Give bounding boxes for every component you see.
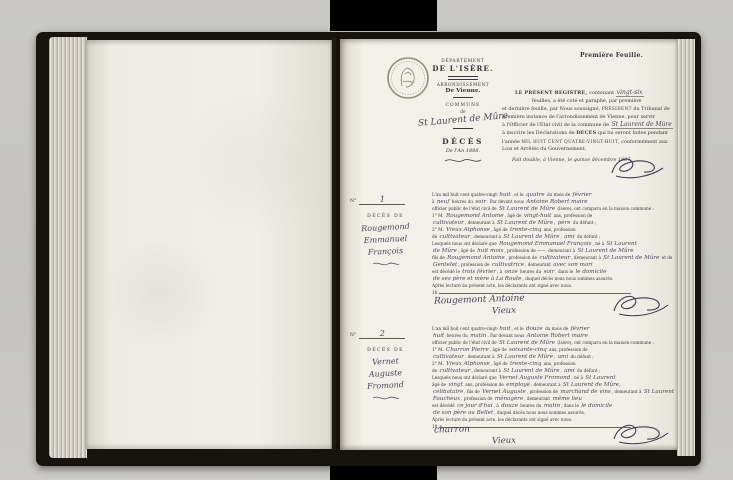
printed-form-text: LE PRÉSENT REGISTRE, (515, 90, 589, 96)
record-number-line: N°2 (342, 329, 429, 339)
form-line: 1° M. Charron Pierre, âgé de soixante-ci… (432, 346, 675, 353)
printed-form-text: du mois de (544, 326, 570, 331)
left-blank-page (86, 40, 332, 449)
printed-form-text: feuilles, a été coté et paraphé, par pre… (532, 98, 642, 104)
form-line: est décédé ce jour d'hui, à douze heures… (432, 402, 675, 409)
record-body: L'an mil huit cent quatre-vingt-huit, et… (432, 191, 675, 296)
form-line: Gentelet, profession de cultivatrice, de… (432, 261, 675, 268)
record-margin: N°1 DÉCÈS DE Rougemond Emmanuel François (342, 189, 429, 267)
printed-form-text: ans, profession de (548, 347, 588, 352)
printed-form-text: heures du (519, 269, 543, 274)
form-line: 1° M. Rougemond Antoine, âgé de vingt-hu… (432, 212, 675, 219)
printed-form-text: ans, profession de (552, 213, 592, 218)
printed-form-text: , demeurant à (465, 220, 496, 225)
scan-clamp-top (330, 0, 437, 31)
printed-form-text: , né à (571, 375, 584, 380)
printed-form-text: MIL HUIT CENT QUATRE-VINGT-HUIT (521, 139, 618, 144)
printed-form-text: du défunt ; (569, 354, 594, 359)
printed-form-text: heures du (519, 403, 543, 408)
printed-form-text: , demeurant (525, 262, 552, 267)
printed-form-text: officier public de l'état civil de (432, 206, 498, 211)
printed-form-text: et de (660, 255, 673, 260)
form-line: 2° M. Vieux Alphonse, âgé de trente-cinq… (432, 226, 675, 233)
printed-form-text: , demeurant à (465, 354, 496, 359)
header-column: DÉPARTEMENT DE L'ISÈRE. ARRONDISSEMENT D… (416, 58, 510, 164)
deces-de-label: DÉCÈS DE (342, 214, 429, 219)
printed-form-text: 1° M. (432, 347, 445, 352)
form-line: officier public de l'état civil de St La… (432, 339, 675, 346)
record-number-value: 2 (359, 329, 405, 339)
register-type: DÉCÈS (416, 137, 510, 146)
printed-form-text: (Isère), ont comparu en la maison commun… (556, 340, 654, 345)
printed-form-text: première instance de l'arrondissement de… (502, 114, 655, 120)
printed-form-text: , demeurant à (471, 368, 502, 373)
printed-form-text: du Tribunal de (632, 106, 670, 112)
flourish-rule-icon (443, 157, 483, 164)
printed-form-text: , demeurant à (612, 389, 643, 394)
printed-form-text: , demeurant à (471, 234, 502, 239)
printed-form-text: , profession de (527, 389, 560, 394)
printed-form-text: , dans le (561, 403, 580, 408)
printed-form-text: , âgé de (505, 213, 523, 218)
printed-form-text: de (432, 368, 439, 373)
preamble-line: et dernière feuille, par Nous soussigné,… (502, 105, 674, 114)
printed-form-text: contenant (589, 90, 615, 96)
preamble-line: à l'Officier de l'État civil de la commu… (502, 121, 674, 130)
form-line: célibataire, fils de Vernet Auguste, pro… (432, 388, 675, 395)
printed-form-text: Après lecture du présent acte, les décla… (432, 417, 572, 422)
printed-form-text: est décédé (432, 403, 456, 408)
form-line: huit heures du matin. Par devant nous An… (432, 332, 675, 339)
mayor-signature-flourish (609, 419, 671, 447)
departement-label: DÉPARTEMENT (416, 58, 510, 63)
arrondissement-name: De Vienne. (416, 88, 510, 94)
preamble-line: feuilles, a été coté et paraphé, par pre… (502, 98, 674, 106)
death-record-2: N°2 DÉCÈS DE Vernet Auguste Fromond L'an… (342, 323, 676, 449)
form-line: Lesquels nous ont déclaré que Rougemond … (432, 240, 675, 247)
page-edges-right (677, 39, 695, 456)
printed-form-text: . Par devant nous (487, 199, 525, 204)
page-edges-left (49, 37, 87, 458)
printed-form-text: l'année (502, 139, 521, 145)
preamble-line: LE PRÉSENT REGISTRE, contenant vingt-six (502, 89, 674, 98)
form-line: fils de Rougemond Antoine, profession de… (432, 254, 675, 261)
printed-form-text: , dans le (555, 269, 574, 274)
printed-form-text: Lesquels nous ont déclaré que (432, 375, 498, 380)
printed-form-text: 2° M. (432, 361, 445, 366)
handwritten-entry: St Laurent (643, 389, 675, 395)
form-line: de cultivateur, demeurant à St Laurent d… (432, 367, 675, 374)
flourish-rule-icon (371, 395, 401, 401)
declarant-signature: Rougemont Antoine (434, 293, 525, 306)
printed-form-text: , profession de ——, demeurant à (504, 248, 576, 253)
declarant-signature: Vieux (492, 436, 516, 447)
form-line: Lesquels nous ont déclaré que Vernet Aug… (432, 374, 675, 381)
declarant-signature: charron (434, 424, 470, 435)
form-line: de Mûre, âgé de huit mois, profession de… (432, 247, 675, 254)
form-line: L'an mil huit cent quatre-vingt-huit, et… (432, 325, 675, 332)
printed-form-text: Après lecture du présent acte, les décla… (432, 283, 572, 288)
handwritten-entry: le domicile (580, 403, 613, 409)
record-number-value: 1 (359, 195, 405, 205)
handwritten-entry: Eliza (674, 255, 675, 261)
form-line: L'an mil huit cent quatre-vingt-huit, et… (432, 191, 675, 198)
printed-form-text: de (432, 234, 439, 239)
sheet-label: Première Feuille. (580, 52, 670, 59)
printed-form-text: du défunt ; (576, 234, 601, 239)
register-book: Première Feuille. DÉPARTEMENT DE L'ISÈRE… (36, 32, 701, 466)
printed-form-text: , demeurant à (531, 382, 562, 387)
header-divider (453, 97, 473, 98)
printed-form-text: qui lui seront faites pendant (596, 130, 668, 136)
form-line: cultivateur, demeurant à St Laurent de M… (432, 219, 675, 226)
header-divider (448, 76, 478, 80)
register-year: De l'An 1888. (416, 148, 510, 154)
flourish-rule-icon (371, 261, 401, 267)
form-line: est décédé le trois février, à onze heur… (432, 268, 675, 275)
printed-form-text: fils de (432, 255, 446, 260)
printed-form-text: Lois et Arrêtés du Gouvernement. (502, 146, 586, 152)
printed-form-text: . Par devant nous (487, 333, 525, 338)
printed-form-text: est décédé le (432, 269, 461, 274)
printed-form-text: du défunt ; (572, 220, 597, 225)
printed-form-text: , et le (512, 326, 525, 331)
printed-form-text: à l'Officier de l'État civil de la commu… (502, 122, 611, 128)
printed-form-text: à inscrire les Déclarations de (502, 130, 576, 136)
printed-form-text: (Isère), ont comparu en la maison commun… (556, 206, 654, 211)
record-margin: N°2 DÉCÈS DE Vernet Auguste Fromond (342, 323, 429, 401)
printed-form-text: Lesquels nous ont déclaré que (432, 241, 498, 246)
commune-label: COMMUNE (416, 103, 510, 108)
printed-form-text: , âgé de (458, 248, 476, 253)
form-line: Après lecture du présent acte, les décla… (432, 282, 675, 289)
preamble-line: première instance de l'arrondissement de… (502, 114, 674, 122)
handwritten-entry: vingt-six (616, 89, 644, 97)
preamble-line: à inscrire les Déclarations de DÉCÈS qui… (502, 130, 674, 138)
handwritten-entry: St Laurent de Mûre (602, 255, 660, 261)
header-divider (453, 128, 473, 129)
printed-form-text: heures du (445, 333, 469, 338)
record-signatures: charron Vieux (432, 423, 675, 453)
printed-form-text: , âgé de (490, 347, 508, 352)
mayor-signature-flourish (609, 289, 671, 319)
printed-form-text: , duquel décès nous nous sommes assurés. (523, 276, 614, 281)
printed-form-text: 2° M. (432, 227, 445, 232)
printed-form-text: , duquel décès nous nous sommes assurés. (494, 410, 585, 415)
form-line: de ses père et mère à La Route, duquel d… (432, 275, 675, 282)
handwritten-entry: St Laurent de Mûre (611, 121, 673, 129)
printed-form-text: ans, profession (542, 227, 575, 232)
form-line: de son père au Bellet, duquel décès nous… (432, 409, 675, 416)
printed-form-text: et dernière feuille, par Nous soussigné,… (502, 106, 605, 112)
printed-form-text: officier public de l'état civil de (432, 340, 498, 345)
printed-form-text: , âgé de (491, 361, 509, 366)
printed-form-text: , conformément aux (618, 139, 668, 145)
printed-form-text: heures du (450, 199, 474, 204)
right-register-page: Première Feuille. DÉPARTEMENT DE L'ISÈRE… (340, 39, 677, 450)
record-number-label: N° (350, 333, 356, 338)
arrondissement-label: ARRONDISSEMENT (416, 82, 510, 87)
printed-form-text: 1° M. (432, 213, 445, 218)
printed-form-text: , demeurant à (571, 255, 602, 260)
printed-form-text: ans, profession de (464, 382, 505, 387)
departement-name: DE L'ISÈRE. (416, 64, 510, 73)
deces-de-label: DÉCÈS DE (342, 348, 429, 353)
printed-form-text: du mois de (546, 192, 572, 197)
printed-form-text: , fils de (464, 389, 481, 394)
printed-form-text: L'an mil huit cent quatre-vingt- (432, 192, 498, 197)
printed-form-text: , né à (593, 241, 606, 246)
printed-form-text: , profession de (506, 255, 539, 260)
printed-form-text: ans, profession (542, 361, 575, 366)
printed-form-text: du défunt ; (576, 368, 601, 373)
form-line: 2° M. Vieux Alphonse, âgé de trente-cinq… (432, 360, 675, 367)
record-body: L'an mil huit cent quatre-vingt-huit, et… (432, 325, 675, 430)
printed-form-text: , profession de (461, 396, 494, 401)
president-signature-flourish (608, 153, 666, 181)
form-line: à neuf heures du soir. Par devant nous A… (432, 198, 675, 205)
record-signatures: Rougemont Antoine Vieux (432, 293, 675, 323)
printed-form-text: , demeurant (524, 396, 551, 401)
printed-form-text: DÉCÈS (576, 130, 596, 136)
declarant-signature: Vieux (492, 306, 516, 317)
form-line: âgé de vingt ans, profession de employé,… (432, 381, 675, 388)
printed-form-text: âgé de (432, 382, 447, 387)
form-line: officier public de l'état civil de St La… (432, 205, 675, 212)
preamble-line: l'année MIL HUIT CENT QUATRE-VINGT-HUIT,… (502, 138, 674, 147)
form-line: de cultivateur, demeurant à St Laurent d… (432, 233, 675, 240)
record-number-label: N° (350, 199, 356, 204)
printed-form-text: L'an mil huit cent quatre-vingt- (432, 326, 498, 331)
printed-form-text: , et le (512, 192, 525, 197)
record-number-line: N°1 (342, 195, 429, 205)
printed-form-text: , profession de (458, 262, 491, 267)
printed-form-text: RÉSIDENT (605, 106, 632, 111)
form-line: Faucheux, profession de ménagère, demeur… (432, 395, 675, 402)
form-line: cultivateur, demeurant à St Laurent de M… (432, 353, 675, 360)
death-record-1: N°1 DÉCÈS DE Rougemond Emmanuel François… (342, 189, 676, 325)
printed-form-text: , âgé de (491, 227, 509, 232)
photo-background: Première Feuille. DÉPARTEMENT DE L'ISÈRE… (0, 0, 733, 480)
